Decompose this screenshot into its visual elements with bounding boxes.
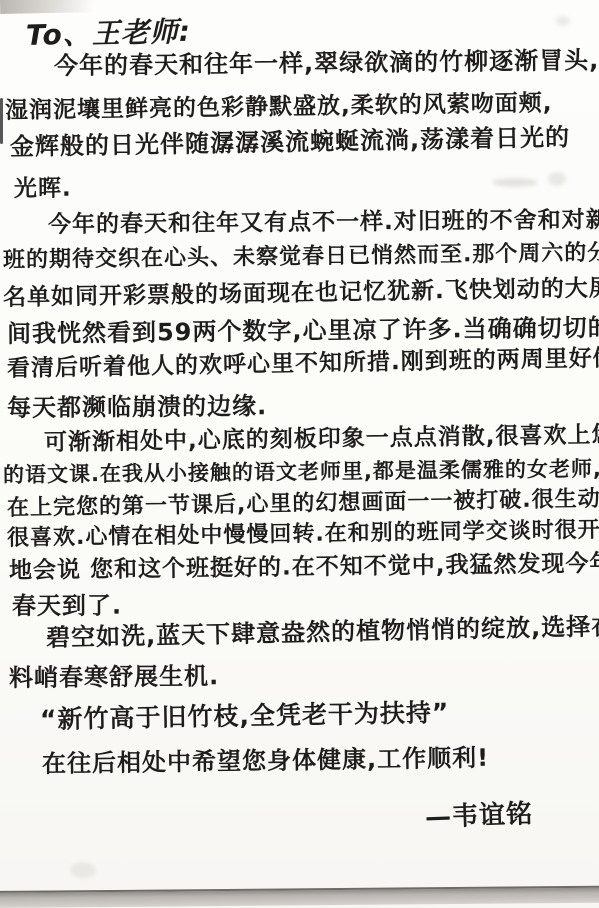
letter-line: 料峭春寒舒展生机.: [9, 656, 219, 693]
letter-line: 光晖.: [14, 170, 72, 203]
signature: —韦谊铭: [424, 793, 533, 834]
letter-line: 可渐渐相处中,心底的刻板印象一点点消散,很喜欢上您: [44, 416, 599, 457]
letter-line: 金辉般的日光伴随潺潺溪流蜿蜒流淌,荡漾着日光的: [10, 117, 571, 162]
letter-line: 碧空如洗,蓝天下肆意盎然的植物悄悄的绽放,选择在: [46, 606, 599, 653]
quote-line: “新竹高于旧竹枝,全凭老干为扶持”: [40, 693, 450, 736]
letter-line: 每天都濒临崩溃的边缘.: [7, 386, 267, 423]
letter-page: To、王老师: 今年的春天和往年一样,翠绿欲滴的竹柳逐渐冒头, 湿润泥壤里鲜亮的…: [0, 0, 599, 908]
letter-line: 今年的春天和往年又有点不一样.对旧班的不舍和对新: [48, 201, 599, 239]
letter-line: 班的期待交织在心头、未察觉春日已悄然而至.那个周六的分班: [3, 235, 599, 274]
ink-smudge: [70, 862, 96, 878]
letter-line: 春天到了.: [12, 586, 122, 621]
ink-smudge: [556, 16, 570, 26]
letter-line: 地会说 您和这个班挺好的.在不知不觉中,我猛然发现今年的: [9, 544, 599, 585]
paper-bottom-edge-shadow: [0, 886, 599, 908]
ink-smudge: [548, 172, 566, 186]
paper-edge-mark: [0, 98, 3, 144]
ink-smudge: [492, 178, 538, 187]
closing-wish-line: 在往后相处中希望您身体健康,工作顺利!: [42, 738, 490, 779]
letter-line: 名单如同开彩票般的场面现在也记忆犹新.飞快划动的大屏,: [3, 269, 599, 312]
letter-line: 今年的春天和往年一样,翠绿欲滴的竹柳逐渐冒头,: [54, 40, 599, 81]
